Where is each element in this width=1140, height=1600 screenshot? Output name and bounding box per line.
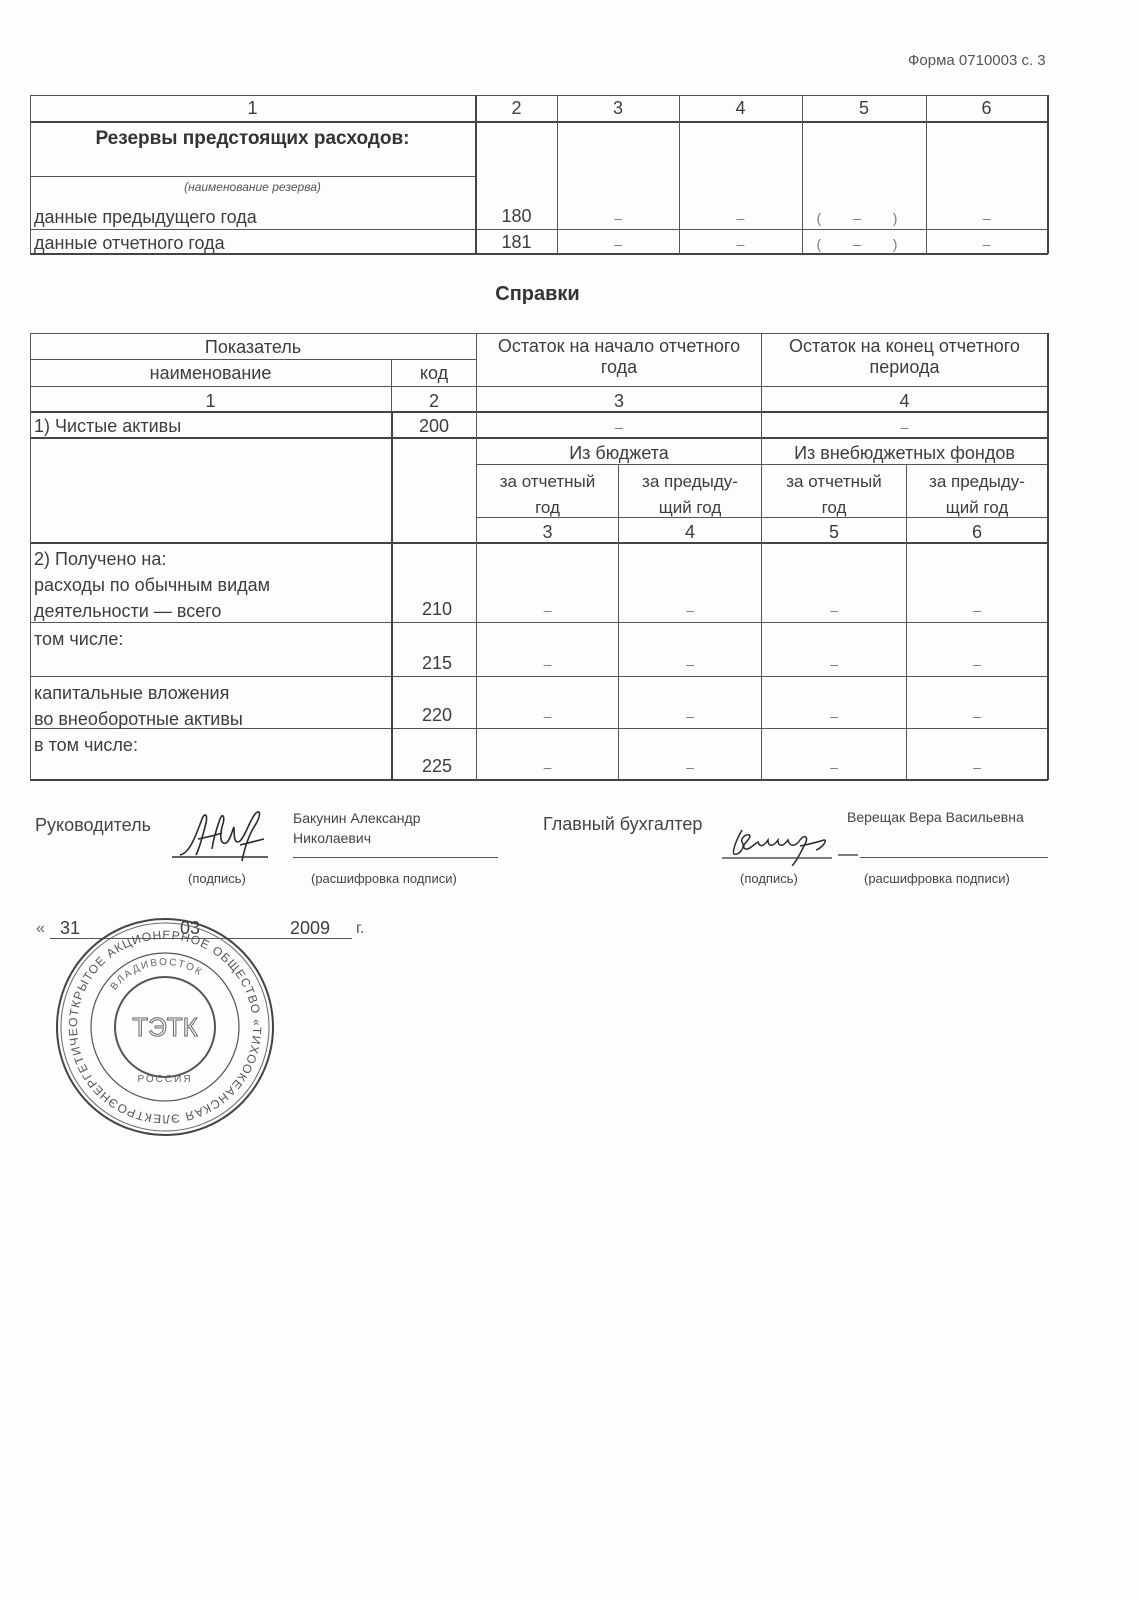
director-signature-icon (168, 805, 278, 865)
director-name-line1: Бакунин Александр (293, 810, 420, 826)
signature-caption: (подпись) (188, 871, 246, 886)
decode-caption: (расшифровка подписи) (864, 871, 1010, 886)
col-number: 1 (30, 98, 475, 119)
header-end-balance: Остаток на конец отчетного периода (762, 336, 1047, 378)
row-label: 1) Чистые активы (34, 416, 181, 437)
col-number: 5 (762, 522, 906, 543)
director-name-line2: Николаевич (293, 830, 371, 846)
svg-text:РОССИЯ: РОССИЯ (137, 1074, 192, 1085)
cell-value: – (619, 656, 761, 672)
date-suffix: г. (356, 920, 364, 938)
cell-value: – (762, 708, 906, 724)
cell-value: – (926, 236, 1047, 252)
col-number: 4 (679, 98, 802, 119)
row-label: данные отчетного года (34, 233, 225, 254)
signature-caption: (подпись) (740, 871, 798, 886)
header-extra-budget: Из внебюджетных фондов (762, 443, 1047, 464)
cell-value: ( – ) (802, 236, 926, 252)
header-code: код (392, 363, 476, 384)
cell-value: – (477, 602, 618, 618)
cell-value: – (557, 210, 679, 226)
cell-value: – (477, 419, 761, 435)
row-label: в том числе: (34, 735, 138, 756)
header-start-balance: Остаток на начало отчетного года (477, 336, 761, 378)
director-label: Руководитель (35, 815, 151, 836)
header-budget: Из бюджета (477, 443, 761, 464)
accountant-label: Главный бухгалтер (543, 814, 702, 835)
col-number: 2 (476, 98, 557, 119)
row-code: 215 (392, 653, 452, 674)
col-number: 4 (619, 522, 761, 543)
cell-value: – (926, 210, 1047, 226)
cell-value: ( – ) (802, 210, 926, 226)
col-number: 3 (477, 522, 618, 543)
reserve-name-caption: (наименование резерва) (30, 180, 475, 194)
cell-value: – (557, 236, 679, 252)
company-seal-icon: ОТКРЫТОЕ АКЦИОНЕРНОЕ ОБЩЕСТВО «ТИХООКЕАН… (50, 912, 280, 1142)
row-label: 2) Получено на: (34, 549, 166, 570)
cell-value: – (762, 419, 1047, 435)
accountant-signature-icon (720, 818, 860, 866)
date-open-quote: « (36, 920, 45, 938)
row-label: данные предыдущего года (34, 207, 257, 228)
col-number: 6 (926, 98, 1047, 119)
accountant-name: Верещак Вера Васильевна (847, 809, 1024, 825)
cell-value: – (477, 656, 618, 672)
row-code: 225 (392, 756, 452, 777)
cell-value: – (477, 708, 618, 724)
cell-value: – (762, 602, 906, 618)
row-label: во внеоборотные активы (34, 709, 243, 730)
row-code: 200 (392, 416, 476, 437)
row-label: том числе: (34, 629, 123, 650)
row-label: капитальные вложения (34, 683, 229, 704)
cell-value: – (762, 656, 906, 672)
cell-value: – (907, 656, 1047, 672)
col-number: 1 (30, 391, 391, 412)
row-label: расходы по обычным видам (34, 575, 270, 596)
row-code: 181 (476, 232, 557, 253)
decode-caption: (расшифровка подписи) (311, 871, 457, 886)
form-number: Форма 0710003 с. 3 (908, 52, 1046, 69)
col-number: 3 (477, 391, 761, 412)
header-reporting-year: за отчетный год (762, 469, 906, 521)
col-number: 3 (557, 98, 679, 119)
cell-value: – (679, 210, 802, 226)
header-previous-year: за предыду-щий год (619, 469, 761, 521)
header-indicator: Показатель (30, 337, 476, 358)
cell-value: – (762, 759, 906, 775)
col-number: 5 (802, 98, 926, 119)
cell-value: – (619, 602, 761, 618)
cell-value: – (679, 236, 802, 252)
cell-value: – (907, 602, 1047, 618)
row-code: 180 (476, 206, 557, 227)
svg-text:ТЭТК: ТЭТК (132, 1012, 198, 1042)
reserves-title: Резервы предстоящих расходов: (30, 128, 475, 150)
cell-value: – (619, 759, 761, 775)
header-reporting-year: за отчетный год (477, 469, 618, 521)
row-label: деятельности — всего (34, 601, 221, 622)
section-title: Справки (430, 283, 645, 306)
row-code: 210 (392, 599, 452, 620)
col-number: 4 (762, 391, 1047, 412)
cell-value: – (619, 708, 761, 724)
col-number: 6 (907, 522, 1047, 543)
cell-value: – (477, 759, 618, 775)
row-code: 220 (392, 705, 452, 726)
svg-text:ВЛАДИВОСТОК: ВЛАДИВОСТОК (109, 957, 205, 992)
col-number: 2 (392, 391, 476, 412)
date-year: 2009 (290, 918, 330, 939)
header-previous-year: за предыду-щий год (907, 469, 1047, 521)
header-name: наименование (30, 363, 391, 384)
cell-value: – (907, 759, 1047, 775)
cell-value: – (907, 708, 1047, 724)
